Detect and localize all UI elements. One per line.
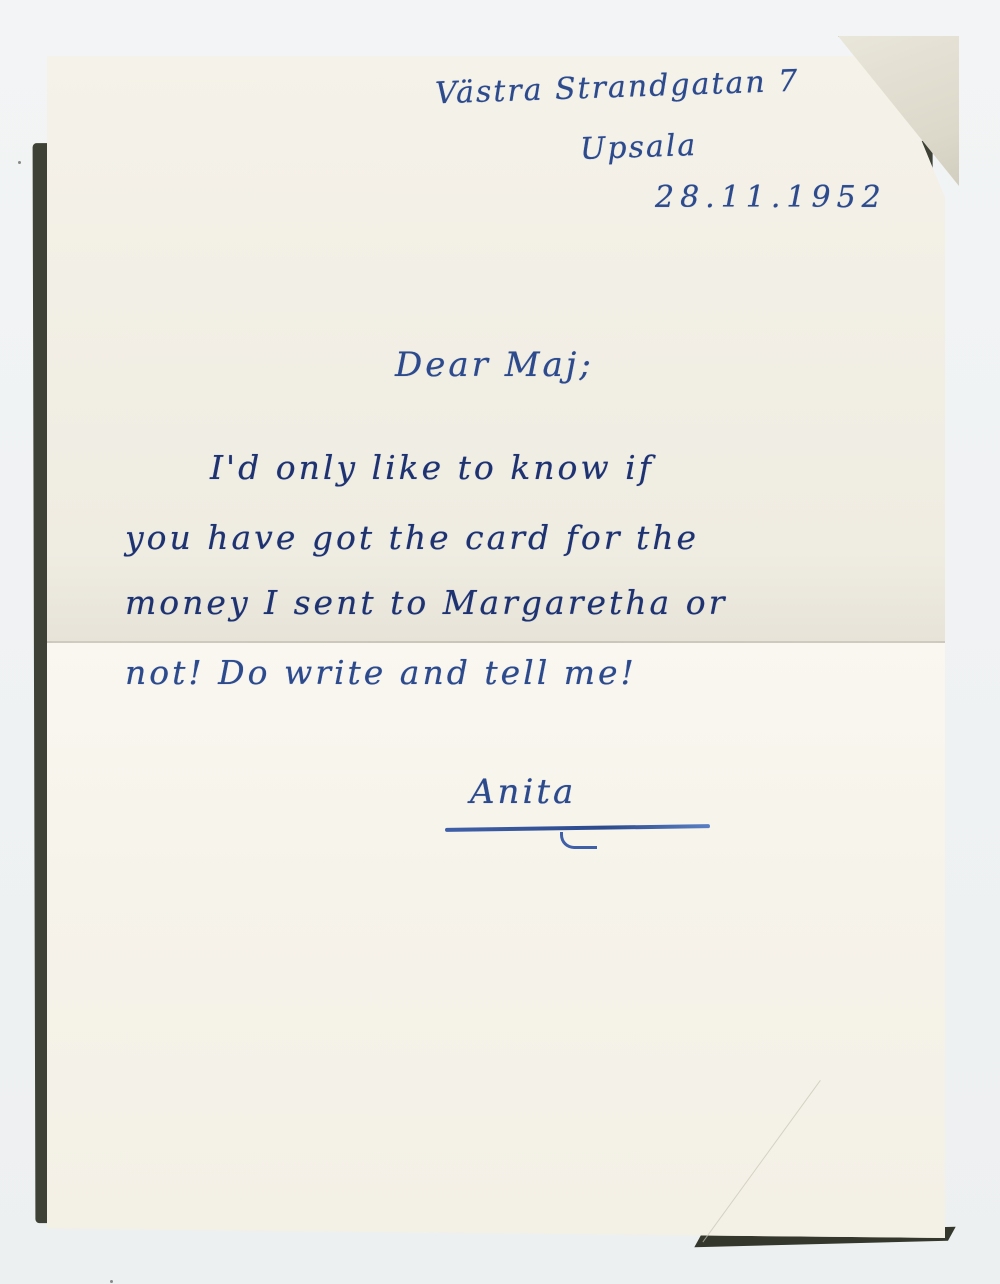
signature: Anita — [470, 772, 576, 812]
paper-bottom-half — [47, 643, 945, 1238]
signature-swash — [560, 832, 597, 849]
letter-paper — [47, 56, 945, 1238]
salutation: Dear Maj; — [395, 345, 594, 385]
body-line: you have got the card for the — [125, 518, 699, 557]
body-line: not! Do write and tell me! — [125, 653, 637, 692]
body-line: I'd only like to know if — [210, 448, 654, 487]
address-city: Upsala — [579, 128, 697, 167]
dust-speck — [110, 1280, 113, 1283]
letter-date: 28.11.1952 — [655, 180, 887, 215]
body-line: money I sent to Margaretha or — [125, 583, 727, 622]
dust-speck — [18, 161, 21, 164]
